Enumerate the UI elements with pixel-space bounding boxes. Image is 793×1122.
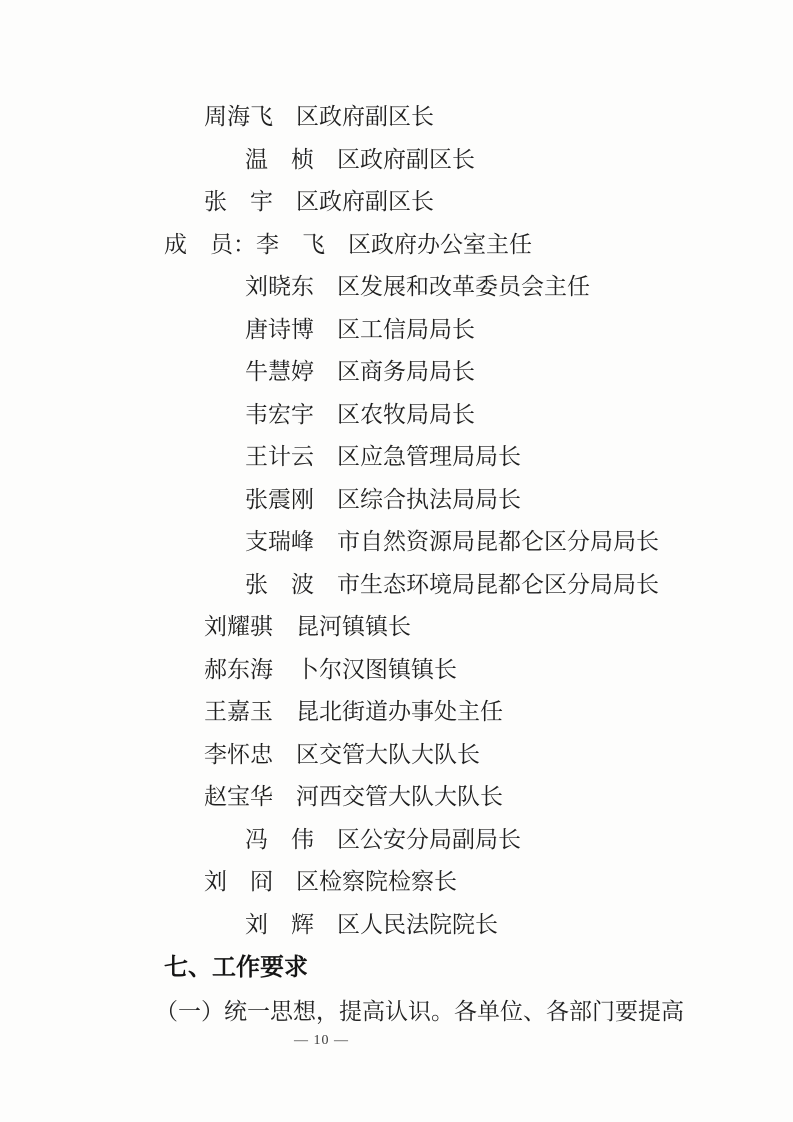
member-title: 区综合执法局局长 xyxy=(337,487,521,512)
member-title: 区工信局局长 xyxy=(337,317,475,342)
roster-line: 韦宏宇区农牧局局长 xyxy=(245,394,733,437)
member-title: 河西交管大队大队长 xyxy=(296,784,503,809)
member-name: 刘晓东 xyxy=(245,274,314,299)
roster-line: 刘 冏区检察院检察长 xyxy=(204,861,733,904)
member-title: 昆河镇镇长 xyxy=(296,614,411,639)
member-name: 郝东海 xyxy=(204,657,273,682)
roster-line: 王计云区应急管理局局长 xyxy=(245,436,733,479)
member-title: 昆北街道办事处主任 xyxy=(296,699,503,724)
member-name: 唐诗博 xyxy=(245,317,314,342)
member-name: 温 桢 xyxy=(245,147,314,172)
member-name: 刘 冏 xyxy=(204,869,273,894)
roster-line: 刘晓东区发展和改革委员会主任 xyxy=(245,266,733,309)
member-title: 区检察院检察长 xyxy=(296,869,457,894)
roster-line: 李怀忠区交管大队大队长 xyxy=(204,734,733,777)
member-name: 李 飞 xyxy=(256,232,325,257)
member-title: 区政府副区长 xyxy=(296,189,434,214)
member-name: 王嘉玉 xyxy=(204,699,273,724)
roster-line: 张 波市生态环境局昆都仑区分局局长 xyxy=(245,564,733,607)
section-heading: 七、工作要求 xyxy=(164,946,733,990)
member-title: 区政府副区长 xyxy=(337,147,475,172)
member-title: 区公安分局副局长 xyxy=(337,827,521,852)
roster-line: 周海飞区政府副区长 xyxy=(204,96,733,139)
member-name: 支瑞峰 xyxy=(245,529,314,554)
member-name: 王计云 xyxy=(245,444,314,469)
roster-line: 张 宇区政府副区长 xyxy=(204,181,733,224)
member-title: 市生态环境局昆都仑区分局局长 xyxy=(337,572,659,597)
member-name: 周海飞 xyxy=(204,104,273,129)
member-name: 刘耀骐 xyxy=(204,614,273,639)
document-page: 周海飞区政府副区长 温 桢区政府副区长 张 宇区政府副区长 成 员：李 飞区政府… xyxy=(0,0,793,1122)
member-title: 区政府办公室主任 xyxy=(348,232,532,257)
paragraph-body: 各单位、各部门要提高 xyxy=(454,999,684,1024)
roster-line: 郝东海卜尔汉图镇镇长 xyxy=(204,649,733,692)
roster-line: 刘 辉区人民法院院长 xyxy=(245,904,733,947)
member-name: 李怀忠 xyxy=(204,742,273,767)
member-title: 区政府副区长 xyxy=(296,104,434,129)
member-title: 区发展和改革委员会主任 xyxy=(337,274,590,299)
roster-line: 赵宝华河西交管大队大队长 xyxy=(204,776,733,819)
text-block: 周海飞区政府副区长 温 桢区政府副区长 张 宇区政府副区长 成 员：李 飞区政府… xyxy=(164,96,733,1034)
member-title: 区人民法院院长 xyxy=(337,912,498,937)
member-name: 冯 伟 xyxy=(245,827,314,852)
member-title: 区商务局局长 xyxy=(337,359,475,384)
member-title: 区交管大队大队长 xyxy=(296,742,480,767)
roster-line-members-start: 成 员：李 飞区政府办公室主任 xyxy=(164,224,733,267)
member-name: 刘 辉 xyxy=(245,912,314,937)
member-title: 区应急管理局局长 xyxy=(337,444,521,469)
roster-line: 温 桢区政府副区长 xyxy=(245,139,733,182)
roster-line: 刘耀骐昆河镇镇长 xyxy=(204,606,733,649)
roster-line: 支瑞峰市自然资源局昆都仑区分局局长 xyxy=(245,521,733,564)
member-title: 区农牧局局长 xyxy=(337,402,475,427)
member-title: 卜尔汉图镇镇长 xyxy=(296,657,457,682)
roster-line: 牛慧婷区商务局局长 xyxy=(245,351,733,394)
member-name: 牛慧婷 xyxy=(245,359,314,384)
member-name: 赵宝华 xyxy=(204,784,273,809)
page-number: — 10 — xyxy=(294,1033,349,1049)
member-title: 市自然资源局昆都仑区分局局长 xyxy=(337,529,659,554)
paragraph-lead: （一）统一思想，提高认识。 xyxy=(155,999,454,1024)
member-name: 韦宏宇 xyxy=(245,402,314,427)
member-name: 张 波 xyxy=(245,572,314,597)
body-paragraph: （一）统一思想，提高认识。各单位、各部门要提高 xyxy=(155,990,733,1034)
roster-line: 张震刚区综合执法局局长 xyxy=(245,479,733,522)
member-name: 张震刚 xyxy=(245,487,314,512)
roster-line: 唐诗博区工信局局长 xyxy=(245,309,733,352)
roster-line: 王嘉玉昆北街道办事处主任 xyxy=(204,691,733,734)
member-name: 张 宇 xyxy=(204,189,273,214)
roster-line: 冯 伟区公安分局副局长 xyxy=(245,819,733,862)
member-role-label: 成 员： xyxy=(164,232,256,257)
